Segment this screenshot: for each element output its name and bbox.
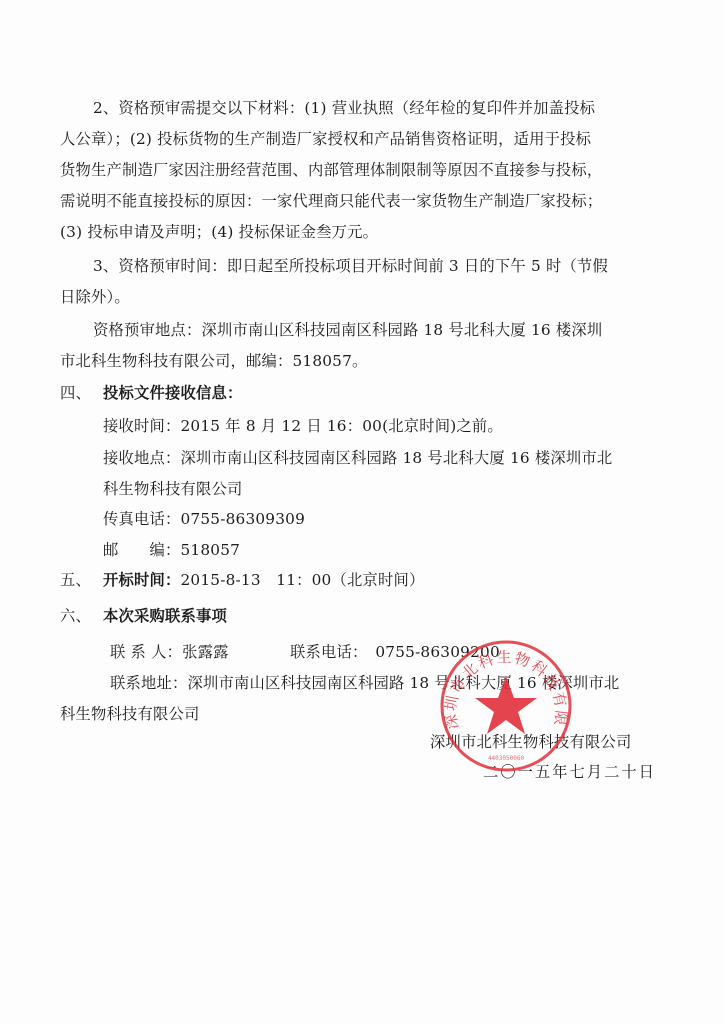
contact-address-line-1: 联系地址：深圳市南山区科技园南区科园路 18 号北科大厦 16 楼深圳市北	[110, 673, 619, 693]
svg-text:4403050060: 4403050060	[488, 755, 525, 762]
signature-date: 二〇一五年七月二十日	[483, 762, 656, 782]
receive-place-line-2: 科生物科技有限公司	[103, 479, 242, 499]
receive-time: 接收时间：2015 年 8 月 12 日 16：00(北京时间)之前。	[103, 416, 503, 436]
postcode-value: 518057	[181, 541, 241, 559]
item2-line-5: (3) 投标申请及声明；(4) 投标保证金叁万元。	[60, 222, 378, 242]
prequal-location-line-1: 资格预审地点：深圳市南山区科技园南区科园路 18 号北科大厦 16 楼深圳	[93, 320, 602, 340]
section5-number: 五、	[60, 570, 103, 590]
section6-number: 六、	[60, 606, 103, 626]
postcode: 邮 编：518057	[103, 540, 240, 560]
section4-heading: 四、投标文件接收信息：	[60, 383, 242, 403]
contact-phone: 联系电话： 0755-86309200	[290, 642, 500, 662]
section4-number: 四、	[60, 383, 103, 403]
prequal-location-line-2: 市北科生物科技有限公司，邮编：518057。	[60, 351, 368, 371]
item2-line-2: 人公章）；(2) 投标货物的生产制造厂家授权和产品销售资格证明，适用于投标	[60, 129, 591, 149]
section5-title: 开标时间：	[103, 571, 181, 589]
item3-line-1: 3、资格预审时间：即日起至所投标项目开标时间前 3 日的下午 5 时（节假	[93, 256, 608, 276]
item2-line-1: 2、资格预审需提交以下材料：(1) 营业执照（经年检的复印件并加盖投标	[93, 98, 595, 118]
receive-place-line-1: 接收地点：深圳市南山区科技园南区科园路 18 号北科大厦 16 楼深圳市北	[103, 448, 612, 468]
document-page: 2、资格预审需提交以下材料：(1) 营业执照（经年检的复印件并加盖投标 人公章）…	[0, 0, 724, 1024]
contact-person: 联 系 人：张露露	[110, 642, 229, 662]
fax-number: 传真电话：0755-86309309	[103, 509, 305, 529]
signature-company: 深圳市北科生物科技有限公司	[430, 732, 631, 752]
section5-heading: 五、开标时间：2015-8-13 11：00（北京时间）	[60, 570, 424, 590]
section6-heading: 六、本次采购联系事项	[60, 606, 227, 626]
opening-time-value: 2015-8-13 11：00（北京时间）	[181, 571, 425, 589]
item3-line-2: 日除外）。	[60, 287, 130, 307]
section4-title: 投标文件接收信息：	[103, 384, 242, 402]
postcode-label: 邮 编：	[103, 541, 181, 559]
item2-line-3: 货物生产制造厂家因注册经营范围、内部管理体制限制等原因不直接参与投标，	[60, 160, 602, 180]
item2-line-4: 需说明不能直接投标的原因：一家代理商只能代表一家货物生产制造厂家投标；	[60, 191, 602, 211]
contact-address-line-2: 科生物科技有限公司	[60, 704, 199, 724]
section6-title: 本次采购联系事项	[103, 607, 227, 625]
